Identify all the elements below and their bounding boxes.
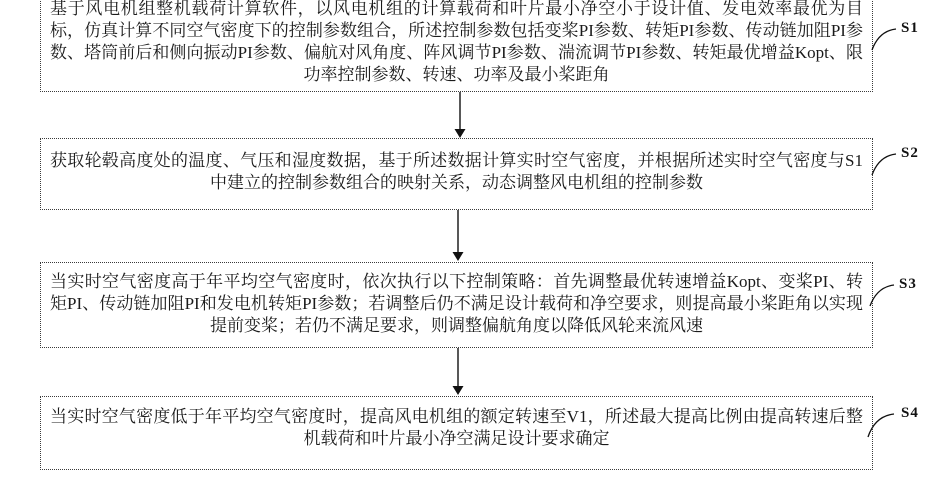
step-label-s3: S3 <box>899 276 917 293</box>
step-s1-text: 基于风电机组整机载荷计算软件，以风电机组的计算载荷和叶片最小净空小于设计值、发电… <box>50 0 863 86</box>
step-box-s3: 当实时空气密度高于年平均空气密度时，依次执行以下控制策略：首先调整最优转速增益K… <box>40 262 873 348</box>
leader-curve-s2 <box>872 154 896 175</box>
patent-flowchart: 基于风电机组整机载荷计算软件，以风电机组的计算载荷和叶片最小净空小于设计值、发电… <box>0 0 936 481</box>
step-label-s4: S4 <box>901 405 919 422</box>
step-s4-text: 当实时空气密度低于年平均空气密度时，提高风电机组的额定转速至V1，所述最大提高比… <box>50 406 863 450</box>
step-label-s2: S2 <box>901 145 919 162</box>
step-box-s4: 当实时空气密度低于年平均空气密度时，提高风电机组的额定转速至V1，所述最大提高比… <box>40 396 873 470</box>
leader-curve-s1 <box>872 29 896 50</box>
flow-arrow-2 <box>453 210 464 261</box>
flow-arrow-1 <box>455 92 466 138</box>
flow-arrow-3 <box>453 348 464 395</box>
step-label-s1: S1 <box>901 20 919 37</box>
step-s3-text: 当实时空气密度高于年平均空气密度时，依次执行以下控制策略：首先调整最优转速增益K… <box>50 271 863 337</box>
leader-curve-s3 <box>870 285 894 306</box>
step-s2-text: 获取轮毂高度处的温度、气压和湿度数据，基于所述数据计算实时空气密度，并根据所述实… <box>50 150 863 194</box>
step-box-s2: 获取轮毂高度处的温度、气压和湿度数据，基于所述数据计算实时空气密度，并根据所述实… <box>40 138 873 210</box>
step-box-s1: 基于风电机组整机载荷计算软件，以风电机组的计算载荷和叶片最小净空小于设计值、发电… <box>40 0 873 92</box>
